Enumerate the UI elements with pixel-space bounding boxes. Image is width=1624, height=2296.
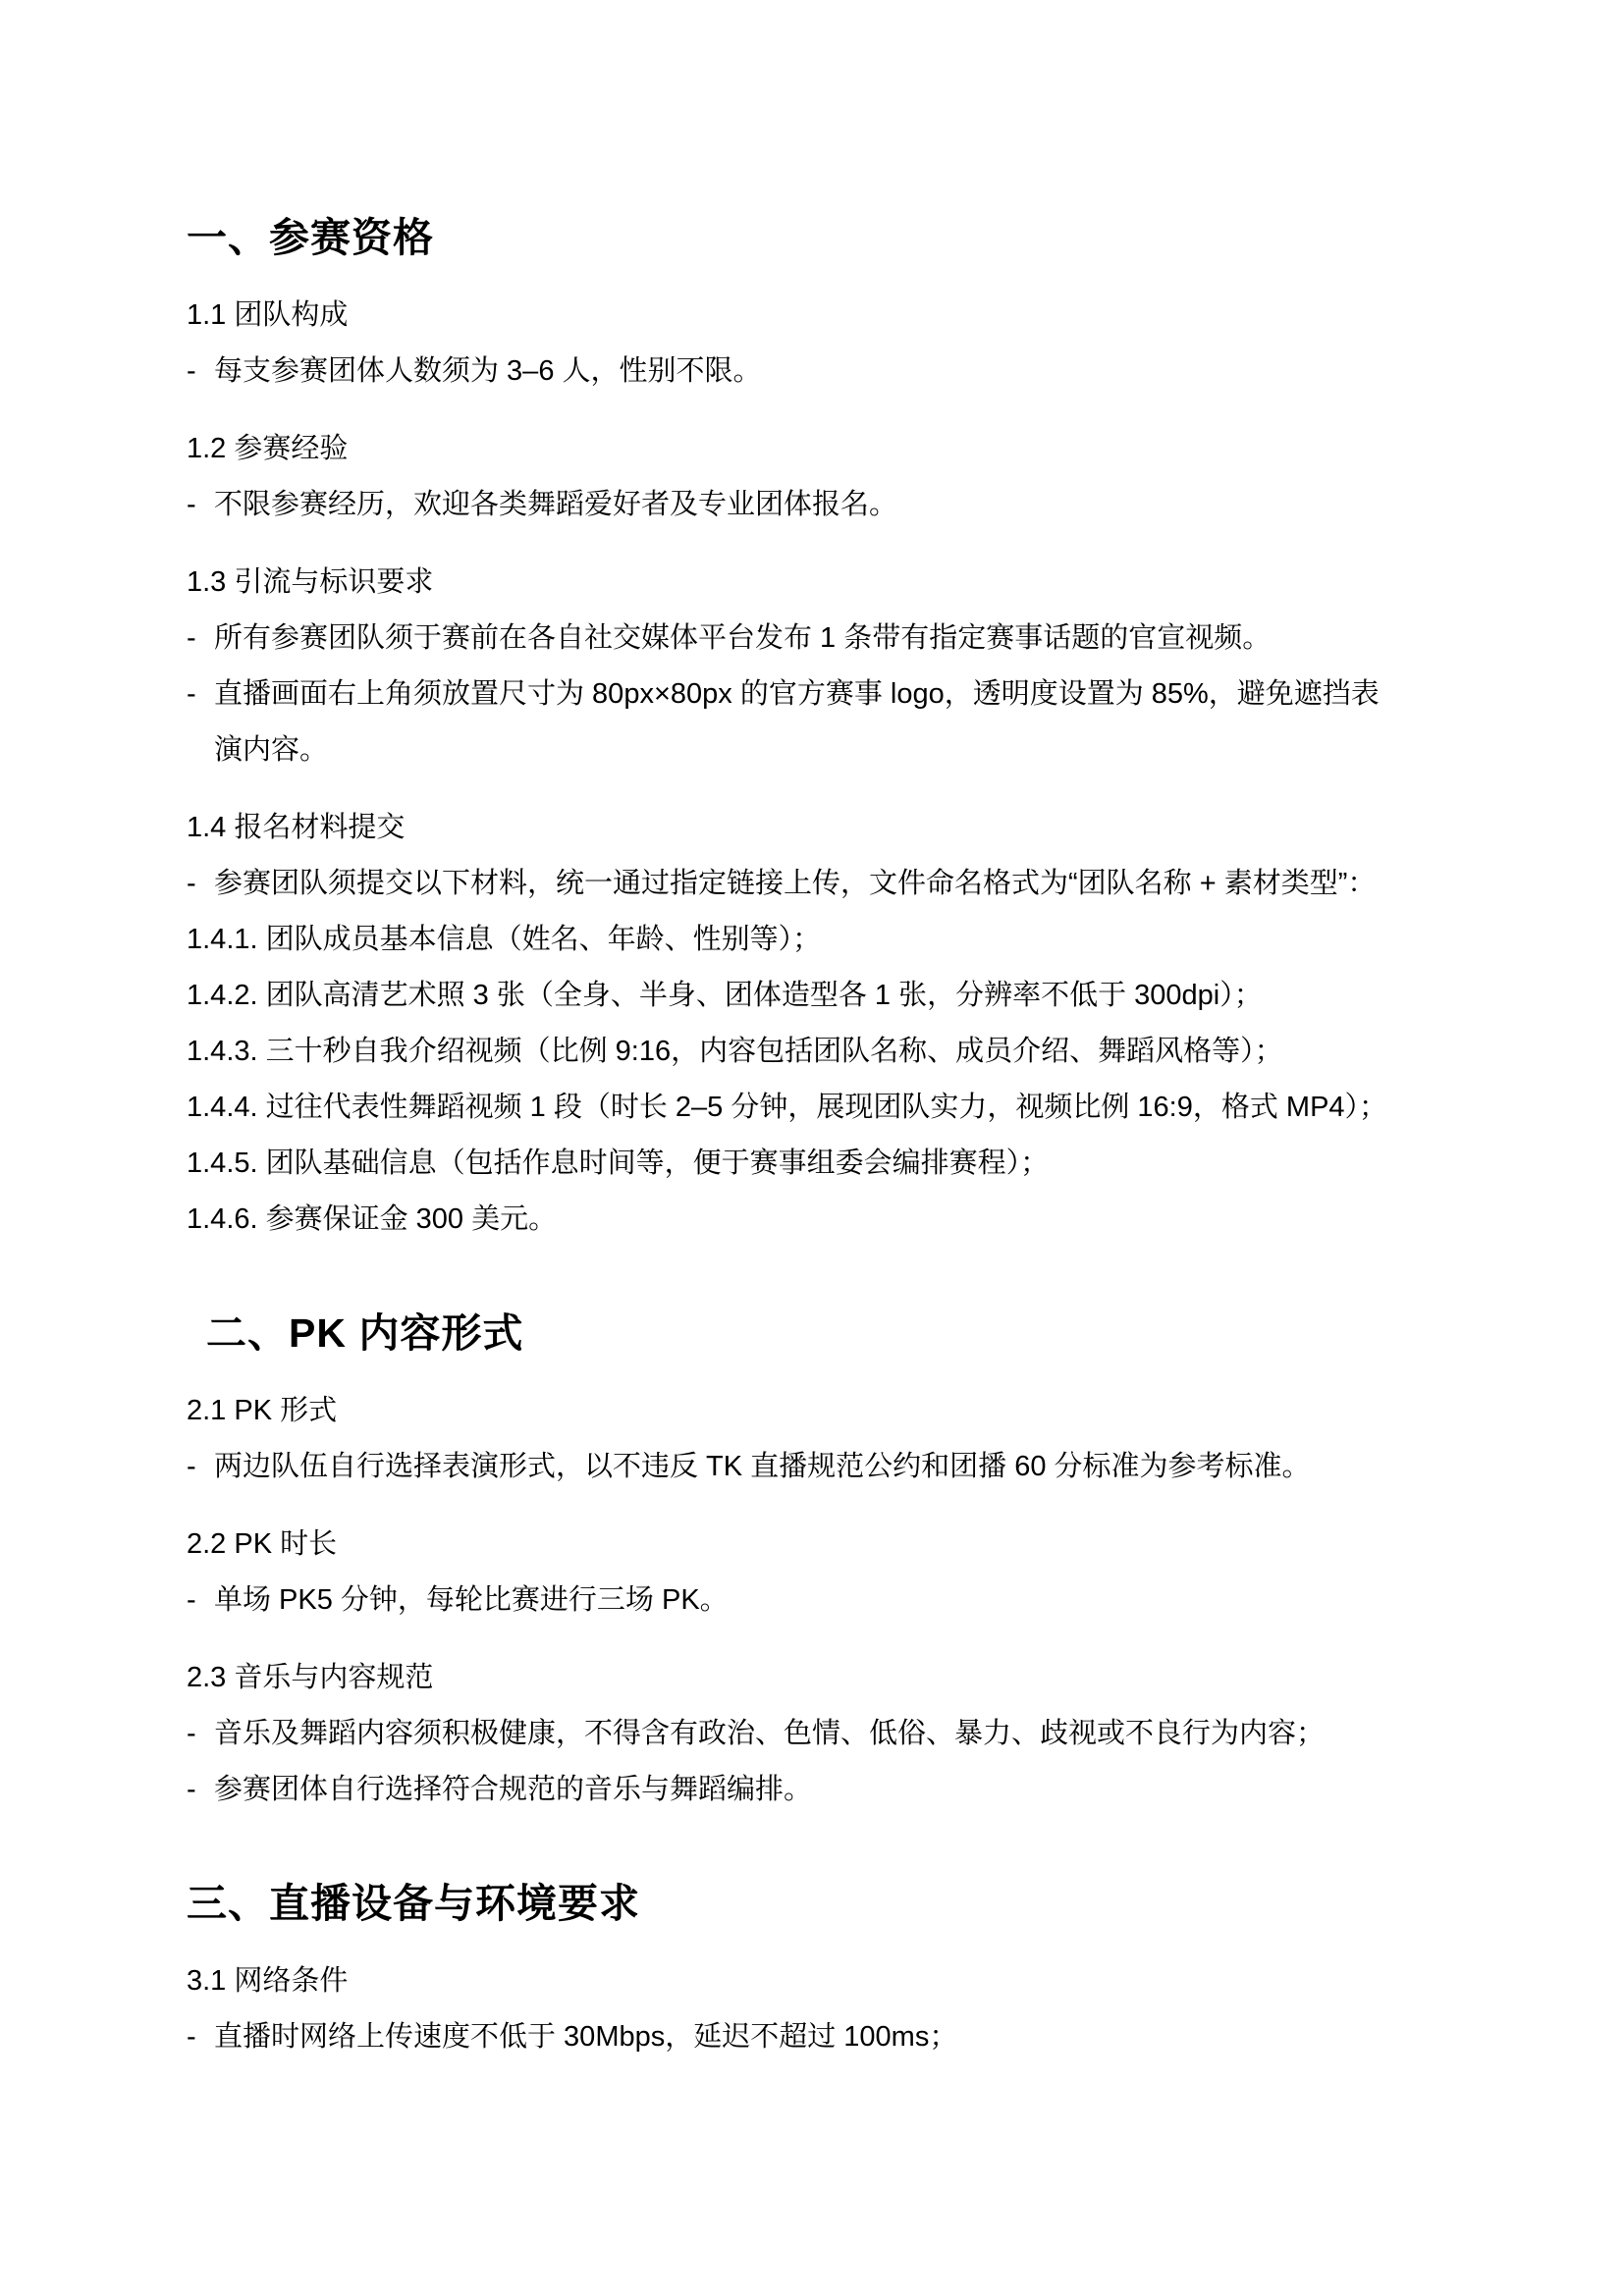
dash-marker: - xyxy=(187,1706,214,1762)
bullet-text: 参赛团体自行选择符合规范的音乐与舞蹈编排。 xyxy=(214,1762,1404,1818)
sub-label-1-4: 1.4 报名材料提交 xyxy=(187,800,1404,856)
section-heading-2: 二、PK 内容形式 xyxy=(206,1305,1404,1362)
numbered-item-1-4-1: 1.4.1. 团队成员基本信息（姓名、年龄、性别等）； xyxy=(187,912,1404,968)
dash-marker: - xyxy=(187,611,214,667)
sub-label-2-3: 2.3 音乐与内容规范 xyxy=(187,1650,1404,1706)
dash-marker: - xyxy=(187,1762,214,1818)
numbered-item-1-4-3: 1.4.3. 三十秒自我介绍视频（比例 9:16，内容包括团队名称、成员介绍、舞… xyxy=(187,1024,1404,1080)
dash-marker: - xyxy=(187,1573,214,1629)
bullet-text: 音乐及舞蹈内容须积极健康，不得含有政治、色情、低俗、暴力、歧视或不良行为内容； xyxy=(214,1706,1404,1762)
bullet-item: - 每支参赛团体人数须为 3–6 人，性别不限。 xyxy=(187,344,1404,400)
numbered-item-1-4-4: 1.4.4. 过往代表性舞蹈视频 1 段（时长 2–5 分钟，展现团队实力，视频… xyxy=(187,1080,1404,1136)
numbered-item-1-4-5: 1.4.5. 团队基础信息（包括作息时间等，便于赛事组委会编排赛程）； xyxy=(187,1136,1404,1192)
dash-marker: - xyxy=(187,344,214,400)
dash-marker: - xyxy=(187,667,214,722)
sub-label-2-1: 2.1 PK 形式 xyxy=(187,1383,1404,1439)
bullet-item: - 两边队伍自行选择表演形式，以不违反 TK 直播规范公约和团播 60 分标准为… xyxy=(187,1439,1404,1495)
dash-marker: - xyxy=(187,1439,214,1495)
bullet-text: 参赛团队须提交以下材料，统一通过指定链接上传，文件命名格式为“团队名称 + 素材… xyxy=(214,856,1404,912)
sub-label-2-2: 2.2 PK 时长 xyxy=(187,1517,1404,1573)
bullet-item: - 不限参赛经历，欢迎各类舞蹈爱好者及专业团体报名。 xyxy=(187,477,1404,533)
bullet-text: 每支参赛团体人数须为 3–6 人，性别不限。 xyxy=(214,344,1404,400)
bullet-item: - 参赛团体自行选择符合规范的音乐与舞蹈编排。 xyxy=(187,1762,1404,1818)
section-heading-1: 一、参赛资格 xyxy=(187,209,1404,266)
sub-label-1-2: 1.2 参赛经验 xyxy=(187,421,1404,477)
bullet-item: - 直播时网络上传速度不低于 30Mbps，延迟不超过 100ms； xyxy=(187,2009,1404,2065)
bullet-text: 直播画面右上角须放置尺寸为 80px×80px 的官方赛事 logo，透明度设置… xyxy=(214,667,1404,778)
bullet-item: - 所有参赛团队须于赛前在各自社交媒体平台发布 1 条带有指定赛事话题的官宣视频… xyxy=(187,611,1404,667)
bullet-text: 直播时网络上传速度不低于 30Mbps，延迟不超过 100ms； xyxy=(214,2009,1404,2065)
numbered-item-1-4-6: 1.4.6. 参赛保证金 300 美元。 xyxy=(187,1192,1404,1248)
bullet-text: 不限参赛经历，欢迎各类舞蹈爱好者及专业团体报名。 xyxy=(214,477,1404,533)
bullet-text: 单场 PK5 分钟，每轮比赛进行三场 PK。 xyxy=(214,1573,1404,1629)
dash-marker: - xyxy=(187,477,214,533)
bullet-item: - 参赛团队须提交以下材料，统一通过指定链接上传，文件命名格式为“团队名称 + … xyxy=(187,856,1404,912)
dash-marker: - xyxy=(187,2009,214,2065)
bullet-text: 两边队伍自行选择表演形式，以不违反 TK 直播规范公约和团播 60 分标准为参考… xyxy=(214,1439,1404,1495)
document-page: 一、参赛资格 1.1 团队构成 - 每支参赛团体人数须为 3–6 人，性别不限。… xyxy=(0,0,1624,2296)
bullet-text: 所有参赛团队须于赛前在各自社交媒体平台发布 1 条带有指定赛事话题的官宣视频。 xyxy=(214,611,1404,667)
document-content: 一、参赛资格 1.1 团队构成 - 每支参赛团体人数须为 3–6 人，性别不限。… xyxy=(0,209,1624,2065)
bullet-item: - 单场 PK5 分钟，每轮比赛进行三场 PK。 xyxy=(187,1573,1404,1629)
numbered-item-1-4-2: 1.4.2. 团队高清艺术照 3 张（全身、半身、团体造型各 1 张，分辨率不低… xyxy=(187,968,1404,1024)
dash-marker: - xyxy=(187,856,214,912)
sub-label-3-1: 3.1 网络条件 xyxy=(187,1953,1404,2009)
bullet-item: - 音乐及舞蹈内容须积极健康，不得含有政治、色情、低俗、暴力、歧视或不良行为内容… xyxy=(187,1706,1404,1762)
sub-label-1-3: 1.3 引流与标识要求 xyxy=(187,555,1404,611)
section-heading-3: 三、直播设备与环境要求 xyxy=(187,1875,1404,1932)
sub-label-1-1: 1.1 团队构成 xyxy=(187,288,1404,344)
bullet-item: - 直播画面右上角须放置尺寸为 80px×80px 的官方赛事 logo，透明度… xyxy=(187,667,1404,778)
